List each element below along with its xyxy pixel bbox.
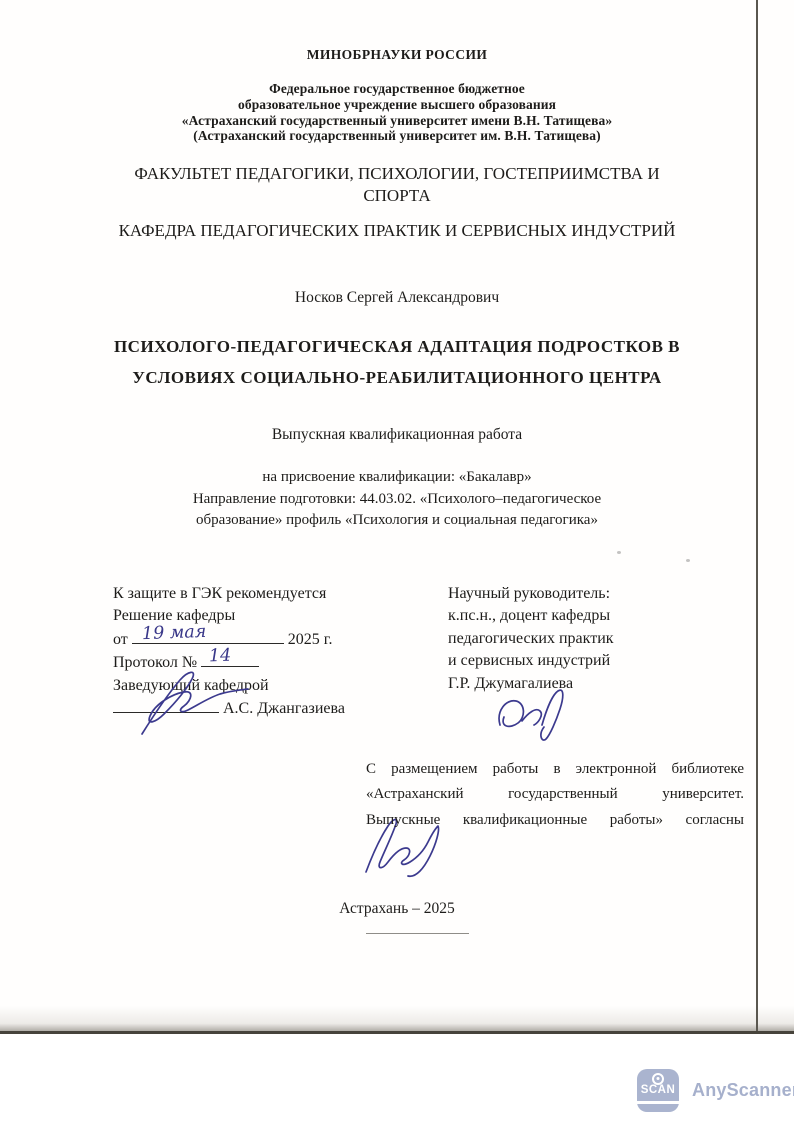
supervisor-line: педагогических практик — [448, 628, 748, 650]
scan-speck — [686, 559, 690, 562]
thesis-title: ПСИХОЛОГО-ПЕДАГОГИЧЕСКАЯ АДАПТАЦИЯ ПОДРО… — [0, 331, 794, 393]
date-prefix: от — [113, 631, 128, 648]
supervisor-line: и сервисных индустрий — [448, 650, 748, 672]
consent-signature-blank — [366, 933, 469, 934]
faculty-line: ФАКУЛЬТЕТ ПЕДАГОГИКИ, ПСИХОЛОГИИ, ГОСТЕП… — [0, 163, 794, 185]
qualification-block: на присвоение квалификации: «Бакалавр» Н… — [0, 467, 794, 532]
date-suffix: 2025 г. — [288, 631, 333, 648]
supervisor-line: к.пс.н., доцент кафедры — [448, 605, 748, 627]
head-of-department-label: Заведующий кафедрой — [113, 675, 423, 697]
city-year: Астрахань – 2025 — [0, 900, 794, 918]
camera-lens-dot — [657, 1077, 660, 1080]
qualification-line: на присвоение квалификации: «Бакалавр» — [0, 467, 794, 489]
page-bottom-shadow — [0, 1006, 794, 1031]
institution-line: Федеральное государственное бюджетное — [0, 81, 794, 97]
scanner-icon: SCAN — [637, 1069, 679, 1112]
ministry-heading: МИНОБРНАУКИ РОССИИ — [0, 47, 794, 63]
thesis-title-line: УСЛОВИЯХ СОЦИАЛЬНО-РЕАБИЛИТАЦИОННОГО ЦЕН… — [0, 362, 794, 393]
head-signature-line: А.С. Джангазиева — [113, 697, 423, 720]
faculty-heading: ФАКУЛЬТЕТ ПЕДАГОГИКИ, ПСИХОЛОГИИ, ГОСТЕП… — [0, 163, 794, 206]
qualification-line: Направление подготовки: 44.03.02. «Психо… — [0, 489, 794, 511]
anyscanner-label: AnyScanner — [692, 1080, 794, 1101]
approval-date-line: от 19 мая 2025 г. — [113, 628, 423, 651]
protocol-prefix: Протокол № — [113, 654, 197, 671]
institution-line: (Астраханский государственный университе… — [0, 128, 794, 144]
approval-block: К защите в ГЭК рекомендуется Решение каф… — [113, 583, 423, 720]
institution-line: образовательное учреждение высшего образ… — [0, 97, 794, 113]
page-bottom-edge — [0, 1031, 794, 1034]
head-name: А.С. Джангазиева — [223, 700, 345, 717]
faculty-line: СПОРТА — [0, 185, 794, 207]
consent-signature-zone — [366, 833, 744, 943]
thesis-title-line: ПСИХОЛОГО-ПЕДАГОГИЧЕСКАЯ АДАПТАЦИЯ ПОДРО… — [0, 331, 794, 362]
handwritten-protocol-number: 14 — [209, 645, 232, 668]
supervisor-block: Научный руководитель: к.пс.н., доцент ка… — [448, 583, 748, 695]
scan-icon-text: SCAN — [637, 1084, 679, 1096]
supervisor-line: Научный руководитель: — [448, 583, 748, 605]
page-right-edge — [756, 0, 758, 1031]
head-signature-blank — [113, 697, 219, 713]
qualification-line: образование» профиль «Психология и социа… — [0, 510, 794, 532]
work-type: Выпускная квалификационная работа — [0, 426, 794, 444]
consent-line: Выпускные квалификационные работы» согла… — [366, 808, 744, 833]
approval-line: К защите в ГЭК рекомендуется — [113, 583, 423, 605]
consent-line: С размещением работы в электронной библи… — [366, 757, 744, 782]
protocol-line: Протокол № 14 — [113, 651, 423, 674]
handwritten-date: 19 мая — [141, 621, 206, 646]
scanned-page: МИНОБРНАУКИ РОССИИ Федеральное государст… — [0, 0, 794, 1031]
institution-block: Федеральное государственное бюджетное об… — [0, 81, 794, 144]
scan-speck — [617, 551, 621, 554]
institution-line: «Астраханский государственный университе… — [0, 113, 794, 129]
date-blank-line: 19 мая — [132, 628, 284, 644]
department-heading: КАФЕДРА ПЕДАГОГИЧЕСКИХ ПРАКТИК И СЕРВИСН… — [0, 221, 794, 241]
consent-line: «Астраханский государственный университе… — [366, 782, 744, 807]
supervisor-name: Г.Р. Джумагалиева — [448, 673, 748, 695]
anyscanner-watermark: SCAN AnyScanner — [637, 1069, 794, 1112]
protocol-blank-line: 14 — [201, 651, 259, 667]
author-name: Носков Сергей Александрович — [0, 289, 794, 307]
scanner-slit — [637, 1101, 679, 1104]
